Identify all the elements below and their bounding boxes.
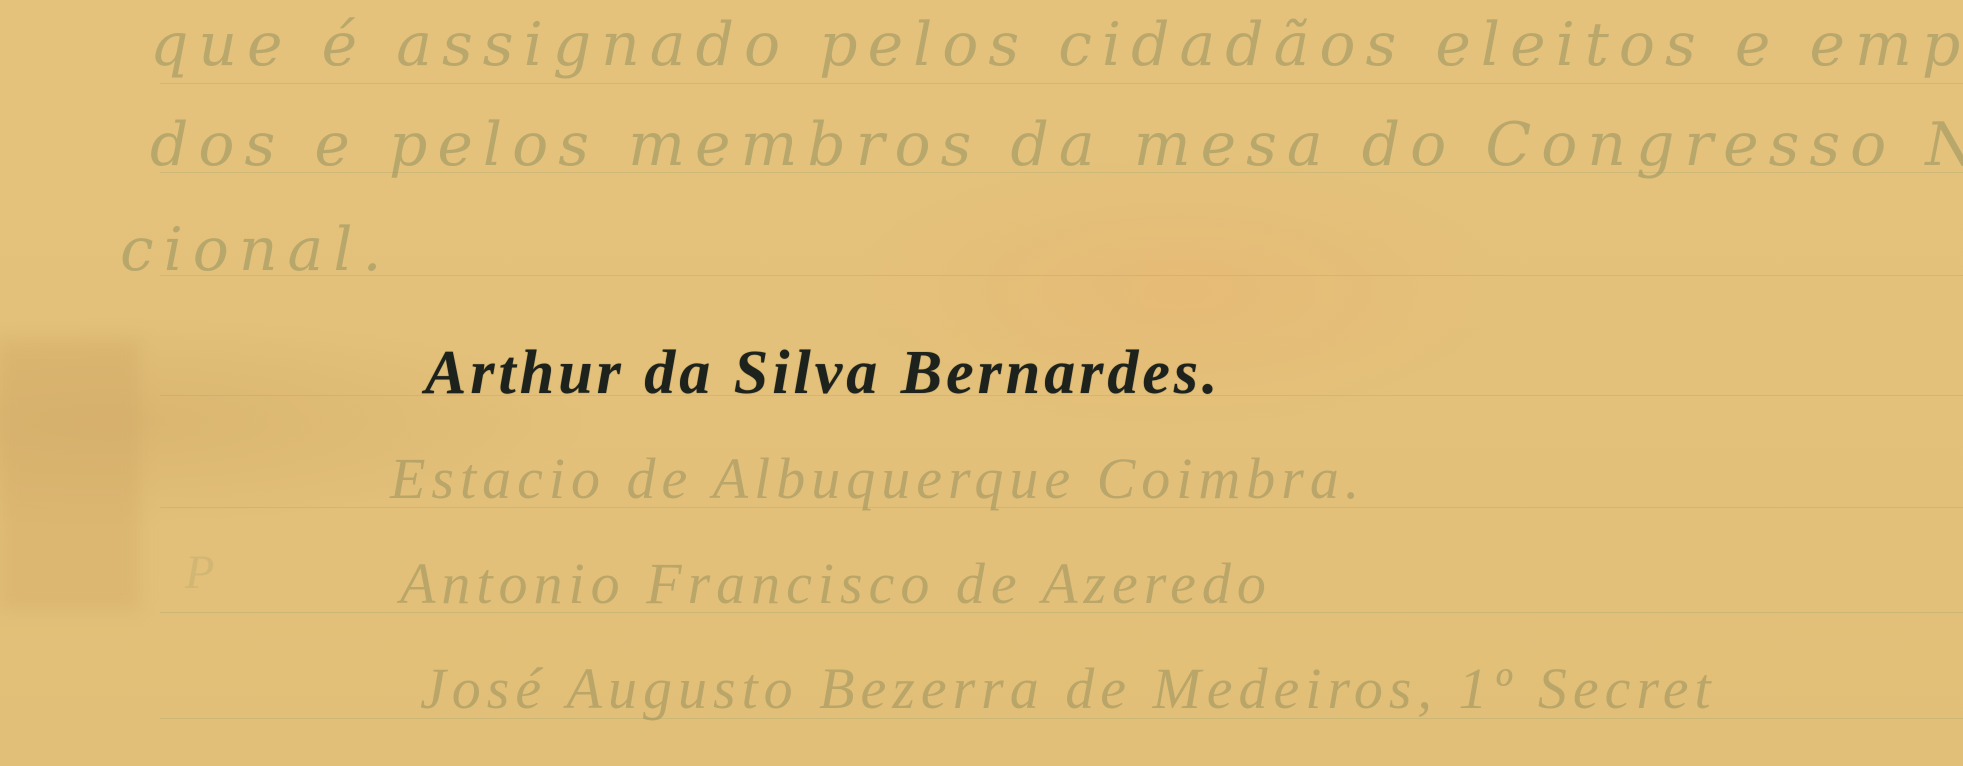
body-text-line-1: que é assignado pelos cidadãos eleitos e… xyxy=(150,10,1963,80)
ruled-line xyxy=(160,83,1963,84)
paper-stain xyxy=(0,340,140,610)
ruled-line xyxy=(160,275,1963,276)
signature-antonio-azeredo: Antonio Francisco de Azeredo xyxy=(400,550,1272,617)
signature-arthur-bernardes: Arthur da Silva Bernardes. xyxy=(425,338,1222,409)
signature-jose-medeiros: José Augusto Bezerra de Medeiros, 1º Sec… xyxy=(420,655,1717,722)
body-text-line-2: dos e pelos membros da mesa do Congresso… xyxy=(150,110,1963,180)
signature-estacio-coimbra: Estacio de Albuquerque Coimbra. xyxy=(390,445,1365,512)
margin-mark: P xyxy=(185,545,214,600)
body-text-line-3: cional. xyxy=(120,215,392,285)
